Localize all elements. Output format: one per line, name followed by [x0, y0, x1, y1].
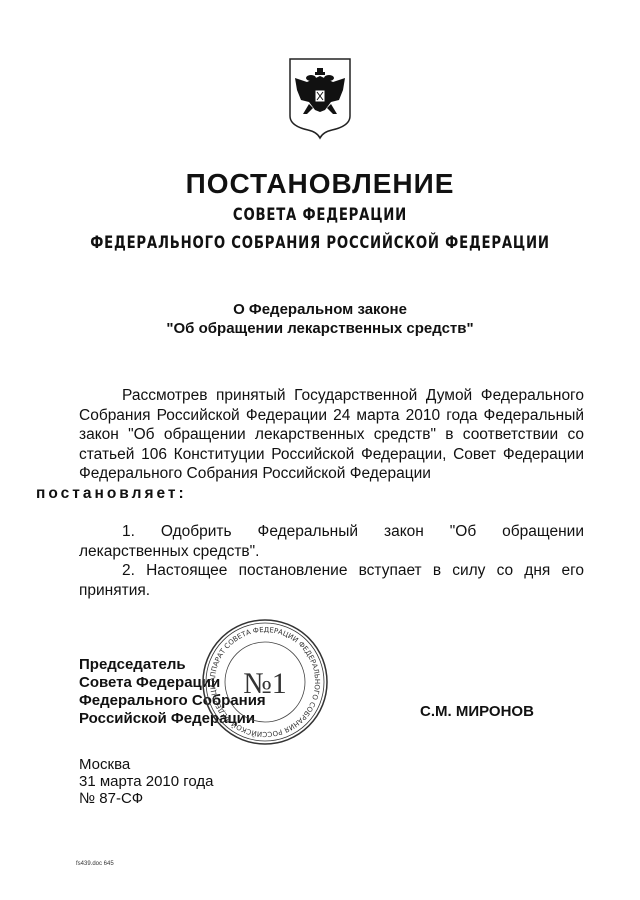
city: Москва [79, 756, 214, 773]
document-subject: О Федеральном законе "Об обращении лекар… [0, 300, 640, 338]
preamble-paragraph: Рассмотрев принятый Государственной Думо… [79, 386, 584, 503]
coat-of-arms-emblem [287, 56, 353, 140]
date: 31 марта 2010 года [79, 773, 214, 790]
resolves-word: постановляет: [36, 484, 187, 504]
document-number: № 87-СФ [79, 790, 214, 807]
resolution-item-2: 2. Настоящее постановление вступает в си… [79, 561, 584, 600]
double-headed-eagle-icon [287, 56, 353, 140]
issuing-body-line-1: СОВЕТА ФЕДЕРАЦИИ [70, 205, 569, 225]
preamble-text: Рассмотрев принятый Государственной Думо… [79, 387, 584, 482]
seal-number: №1 [243, 667, 287, 700]
official-seal: АППАРАТ СОВЕТА ФЕДЕРАЦИИ ФЕДЕРАЛЬНОГО СО… [200, 617, 330, 747]
place-and-date: Москва 31 марта 2010 года № 87-СФ [79, 756, 214, 807]
issuing-body-line-2: ФЕДЕРАЛЬНОГО СОБРАНИЯ РОССИЙСКОЙ ФЕДЕРАЦ… [70, 233, 569, 253]
footer-file-code: fs439.doc 645 [76, 861, 114, 867]
signatory-name: С.М. МИРОНОВ [420, 703, 534, 720]
document-title: ПОСТАНОВЛЕНИЕ [0, 168, 640, 200]
resolution-items: 1. Одобрить Федеральный закон "Об обраще… [79, 522, 584, 600]
resolution-item-1: 1. Одобрить Федеральный закон "Об обраще… [79, 522, 584, 561]
subject-line-2: "Об обращении лекарственных средств" [0, 319, 640, 338]
subject-line-1: О Федеральном законе [0, 300, 640, 319]
seal-stamp-icon: АППАРАТ СОВЕТА ФЕДЕРАЦИИ ФЕДЕРАЛЬНОГО СО… [200, 617, 330, 747]
